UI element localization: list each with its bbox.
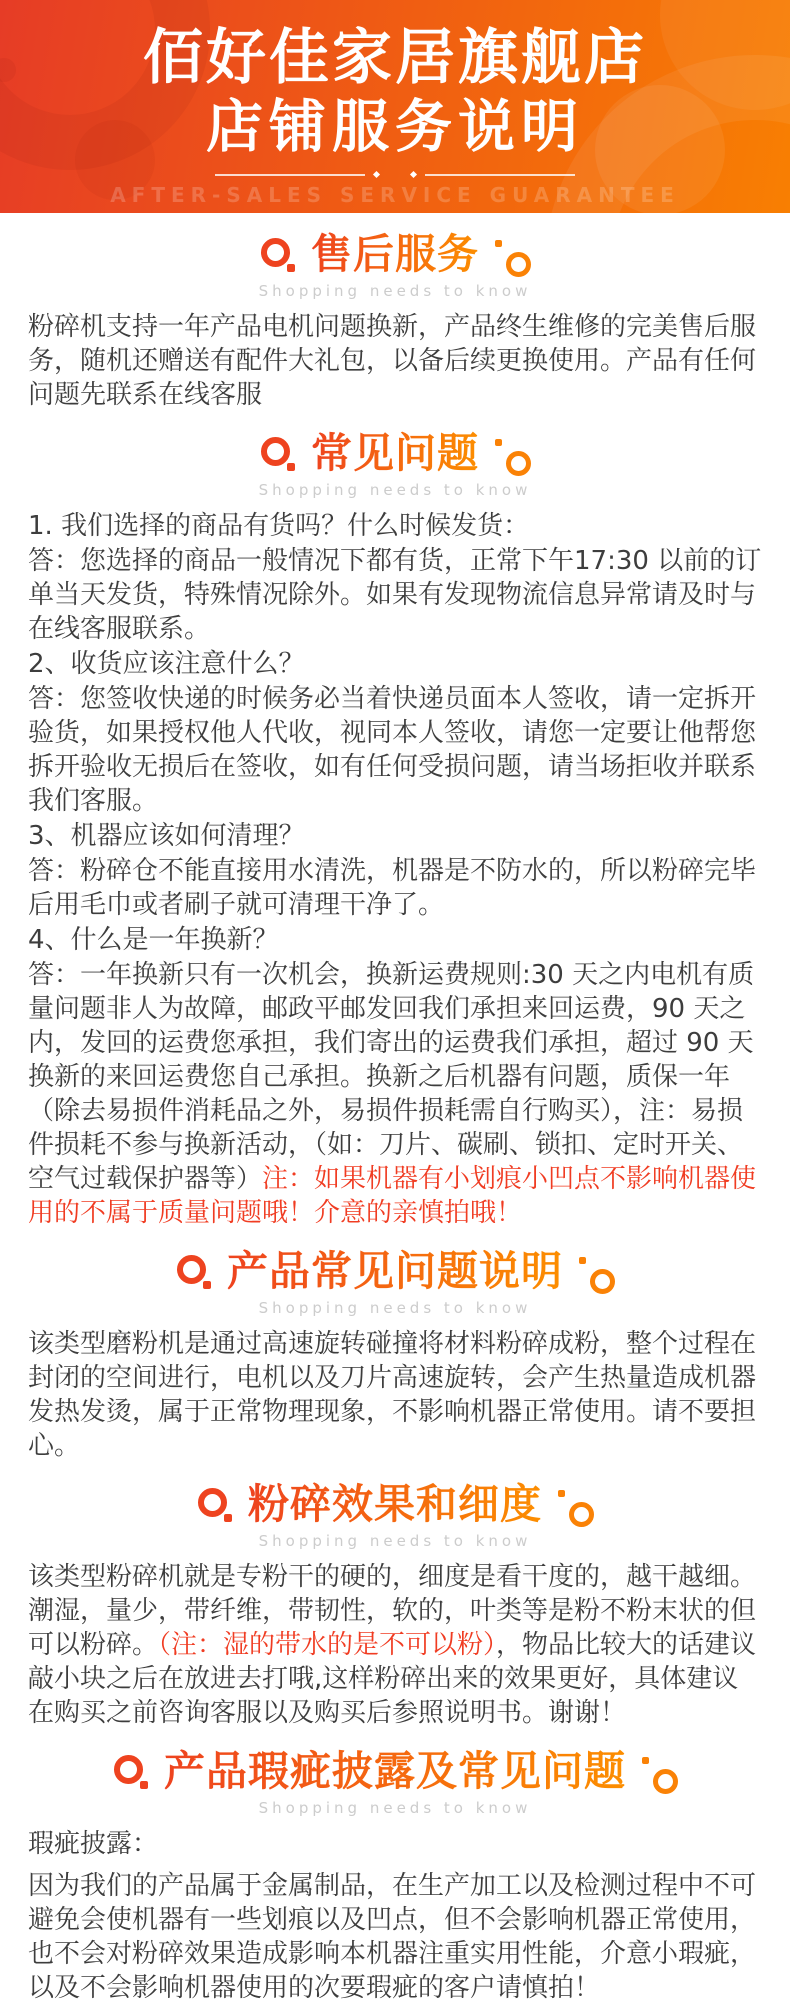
paragraph: 1. 我们选择的商品有货吗？什么时候发货： [28, 509, 762, 543]
ring-ornament-right-icon [493, 230, 531, 278]
highlight-text: （注：湿的带水的是不可以粉） [158, 1630, 496, 1660]
section-faq: 常见问题 Shopping needs to know 1. 我们选择的商品有货… [0, 428, 790, 1230]
section-subtitle: Shopping needs to know [0, 282, 790, 300]
section-grinding-fineness: 粉碎效果和细度 Shopping needs to know 该类型粉碎机就是专… [0, 1479, 790, 1730]
paragraph: 答：粉碎仓不能直接用水清洗，机器是不防水的，所以粉碎完毕后用毛巾或者刷子就可清理… [28, 854, 762, 922]
body-text: 3、机器应该如何清理？ [28, 821, 305, 851]
section-body: 粉碎机支持一年产品电机问题换新，产品终生维修的完美售后服务，随机还赠送有配件大礼… [0, 300, 790, 412]
body-text: 答：一年换新只有一次机会，换新运费规则:30 天之内电机有质量问题非人为故障，邮… [28, 960, 754, 1194]
paragraph: 2、收货应该注意什么？ [28, 647, 762, 681]
ring-ornament-left-icon [259, 429, 297, 477]
body-text: 因为我们的产品属于金属制品，在生产加工以及检测过程中不可避免会使机器有一些划痕以… [28, 1871, 756, 2003]
watermark-text: AFTER-SALES SERVICE GUARANTEE [0, 183, 790, 207]
paragraph: 粉碎机支持一年产品电机问题换新，产品终生维修的完美售后服务，随机还赠送有配件大礼… [28, 310, 762, 412]
body-text: 2、收货应该注意什么？ [28, 649, 305, 679]
body-text: 该类型磨粉机是通过高速旋转碰撞将材料粉碎成粉，整个过程在封闭的空间进行，电机以及… [28, 1329, 756, 1461]
section-product-issues: 产品常见问题说明 Shopping needs to know 该类型磨粉机是通… [0, 1246, 790, 1463]
ring-ornament-right-icon [556, 1480, 594, 1528]
header-banner: 佰好佳家居旗舰店 店铺服务说明 AFTER-SALES SERVICE GUAR… [0, 0, 790, 213]
paragraph: 瑕疵披露： [28, 1827, 762, 1861]
service-description-page: 佰好佳家居旗舰店 店铺服务说明 AFTER-SALES SERVICE GUAR… [0, 0, 790, 2005]
section-title: 售后服务 [311, 229, 479, 279]
divider [0, 172, 790, 177]
section-title: 产品常见问题说明 [227, 1246, 563, 1296]
section-body: 该类型磨粉机是通过高速旋转碰撞将材料粉碎成粉，整个过程在封闭的空间进行，电机以及… [0, 1317, 790, 1463]
section-title: 粉碎效果和细度 [248, 1479, 542, 1529]
page-title: 店铺服务说明 [0, 94, 790, 160]
section-body: 该类型粉碎机就是专粉干的硬的，细度是看干度的，越干越细。潮湿，量少，带纤维，带韧… [0, 1550, 790, 1730]
ring-ornament-right-icon [577, 1247, 615, 1295]
paragraph: 因为我们的产品属于金属制品，在生产加工以及检测过程中不可避免会使机器有一些划痕以… [28, 1869, 762, 2005]
section-subtitle: Shopping needs to know [0, 1799, 790, 1817]
section-heading: 产品瑕疵披露及常见问题 [0, 1746, 790, 1796]
ring-ornament-right-icon [640, 1747, 678, 1795]
section-heading: 粉碎效果和细度 [0, 1479, 790, 1529]
section-heading: 常见问题 [0, 428, 790, 478]
store-title: 佰好佳家居旗舰店 [0, 0, 790, 94]
ring-ornament-right-icon [493, 429, 531, 477]
body-text: 答：您选择的商品一般情况下都有货，正常下午17:30 以前的订单当天发货，特殊情… [28, 546, 761, 644]
section-heading: 售后服务 [0, 229, 790, 279]
body-text: 答：粉碎仓不能直接用水清洗，机器是不防水的，所以粉碎完毕后用毛巾或者刷子就可清理… [28, 856, 756, 920]
paragraph: 该类型粉碎机就是专粉干的硬的，细度是看干度的，越干越细。潮湿，量少，带纤维，带韧… [28, 1560, 762, 1730]
divider-line [425, 174, 575, 176]
section-subtitle: Shopping needs to know [0, 1532, 790, 1550]
paragraph: 4、什么是一年换新？ [28, 923, 762, 957]
section-after-sales: 售后服务 Shopping needs to know 粉碎机支持一年产品电机问… [0, 229, 790, 412]
body-text: 4、什么是一年换新？ [28, 925, 279, 955]
section-body: 瑕疵披露：因为我们的产品属于金属制品，在生产加工以及检测过程中不可避免会使机器有… [0, 1817, 790, 2005]
section-body: 1. 我们选择的商品有货吗？什么时候发货：答：您选择的商品一般情况下都有货，正常… [0, 499, 790, 1230]
section-title: 常见问题 [311, 428, 479, 478]
ring-ornament-left-icon [175, 1247, 213, 1295]
diamond-dot-icon [410, 171, 417, 178]
section-title: 产品瑕疵披露及常见问题 [164, 1746, 626, 1796]
body-text: 答：您签收快递的时候务必当着快递员面本人签收，请一定拆开验货，如果授权他人代收，… [28, 684, 756, 816]
body-text: 粉碎机支持一年产品电机问题换新，产品终生维修的完美售后服务，随机还赠送有配件大礼… [28, 312, 756, 410]
section-subtitle: Shopping needs to know [0, 1299, 790, 1317]
body-text: 瑕疵披露： [28, 1829, 158, 1859]
divider-line [215, 174, 365, 176]
section-defect-disclosure: 产品瑕疵披露及常见问题 Shopping needs to know 瑕疵披露：… [0, 1746, 790, 2005]
paragraph: 答：您选择的商品一般情况下都有货，正常下午17:30 以前的订单当天发货，特殊情… [28, 544, 762, 646]
ring-ornament-left-icon [259, 230, 297, 278]
body-text: 1. 我们选择的商品有货吗？什么时候发货： [28, 511, 529, 541]
paragraph: 该类型磨粉机是通过高速旋转碰撞将材料粉碎成粉，整个过程在封闭的空间进行，电机以及… [28, 1327, 762, 1463]
paragraph: 3、机器应该如何清理？ [28, 819, 762, 853]
diamond-dot-icon [373, 171, 380, 178]
section-subtitle: Shopping needs to know [0, 481, 790, 499]
ring-ornament-left-icon [112, 1747, 150, 1795]
section-heading: 产品常见问题说明 [0, 1246, 790, 1296]
ring-ornament-left-icon [196, 1480, 234, 1528]
paragraph: 答：您签收快递的时候务必当着快递员面本人签收，请一定拆开验货，如果授权他人代收，… [28, 682, 762, 818]
paragraph: 答：一年换新只有一次机会，换新运费规则:30 天之内电机有质量问题非人为故障，邮… [28, 958, 762, 1230]
